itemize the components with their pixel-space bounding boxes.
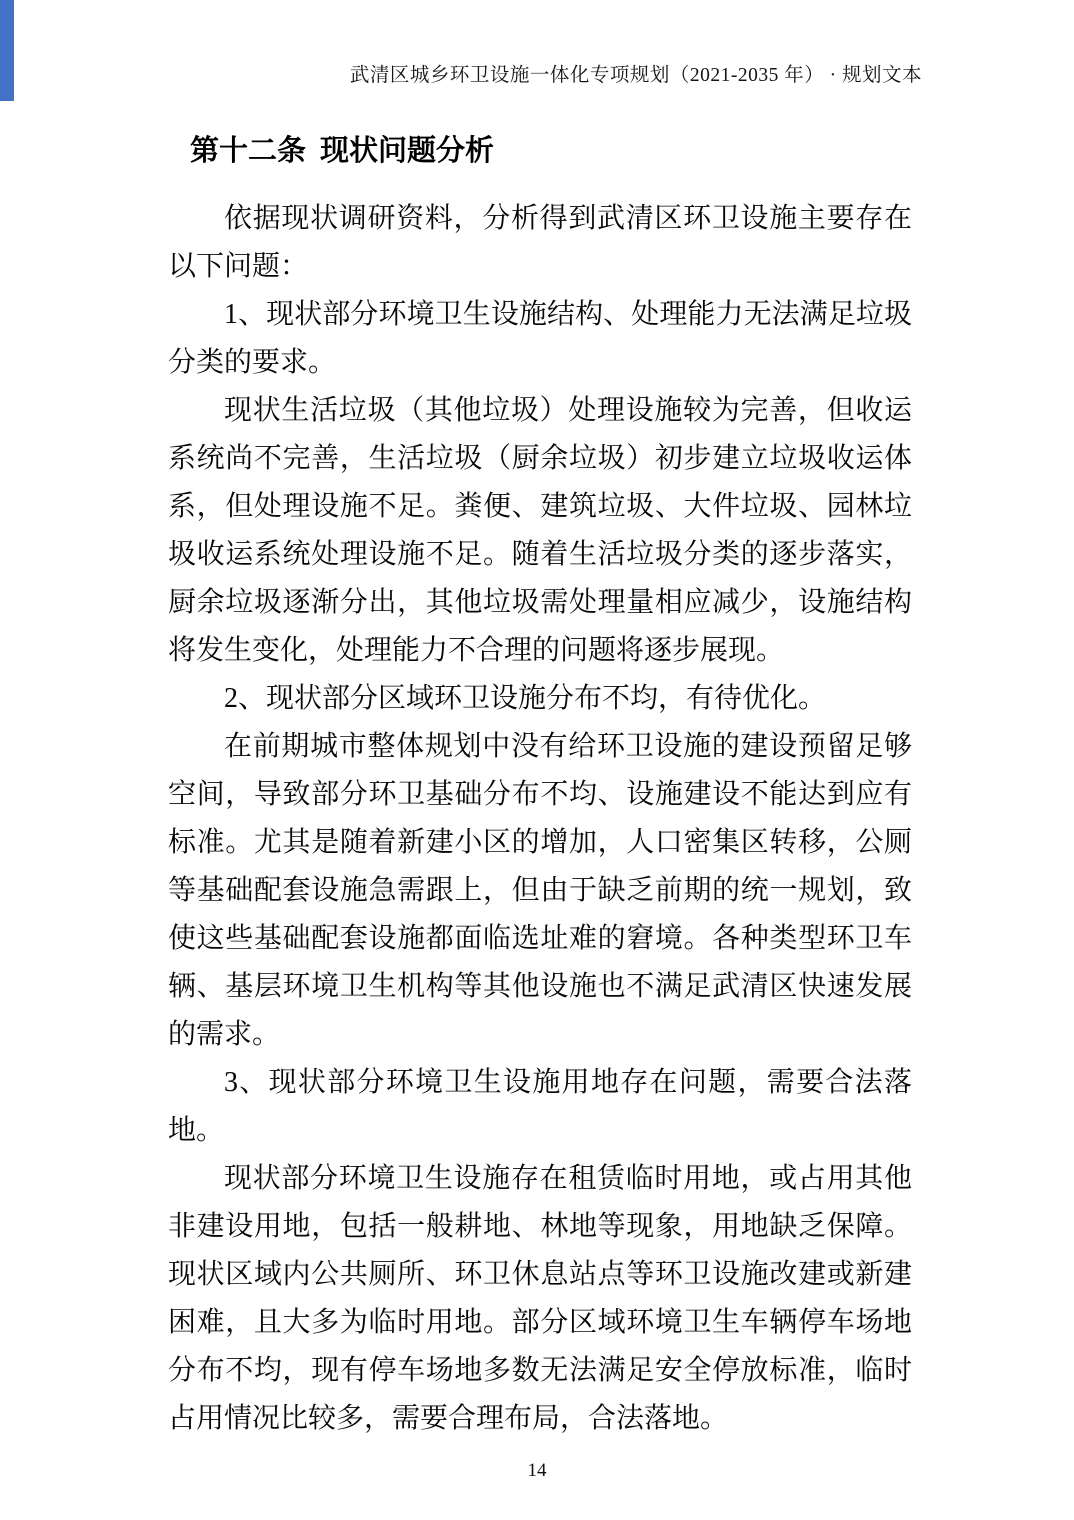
paragraph-issue-2-title: 2、现状部分区域环卫设施分布不均，有待优化。	[168, 675, 912, 723]
document-page-content: 第十二条现状问题分析 依据现状调研资料，分析得到武清区环卫设施主要存在以下问题：…	[168, 131, 912, 1443]
article-title: 现状问题分析	[320, 135, 494, 167]
blue-edge-marker	[0, 0, 14, 101]
paragraph-issue-3-title: 3、现状部分环境卫生设施用地存在问题，需要合法落地。	[168, 1059, 912, 1155]
paragraph-issue-1-detail: 现状生活垃圾（其他垃圾）处理设施较为完善，但收运系统尚不完善，生活垃圾（厨余垃圾…	[168, 387, 912, 675]
article-heading: 第十二条现状问题分析	[190, 131, 912, 171]
paragraph-issue-1-title: 1、现状部分环境卫生设施结构、处理能力无法满足垃圾分类的要求。	[168, 291, 912, 387]
page-number: 14	[0, 1460, 1074, 1482]
running-header: 武清区城乡环卫设施一体化专项规划（2021-2035 年） · 规划文本	[160, 62, 922, 90]
paragraph-issue-2-detail: 在前期城市整体规划中没有给环卫设施的建设预留足够空间，导致部分环卫基础分布不均、…	[168, 723, 912, 1059]
paragraph-intro: 依据现状调研资料，分析得到武清区环卫设施主要存在以下问题：	[168, 195, 912, 291]
article-number: 第十二条	[190, 135, 306, 167]
paragraph-issue-3-detail: 现状部分环境卫生设施存在租赁临时用地，或占用其他非建设用地，包括一般耕地、林地等…	[168, 1155, 912, 1443]
